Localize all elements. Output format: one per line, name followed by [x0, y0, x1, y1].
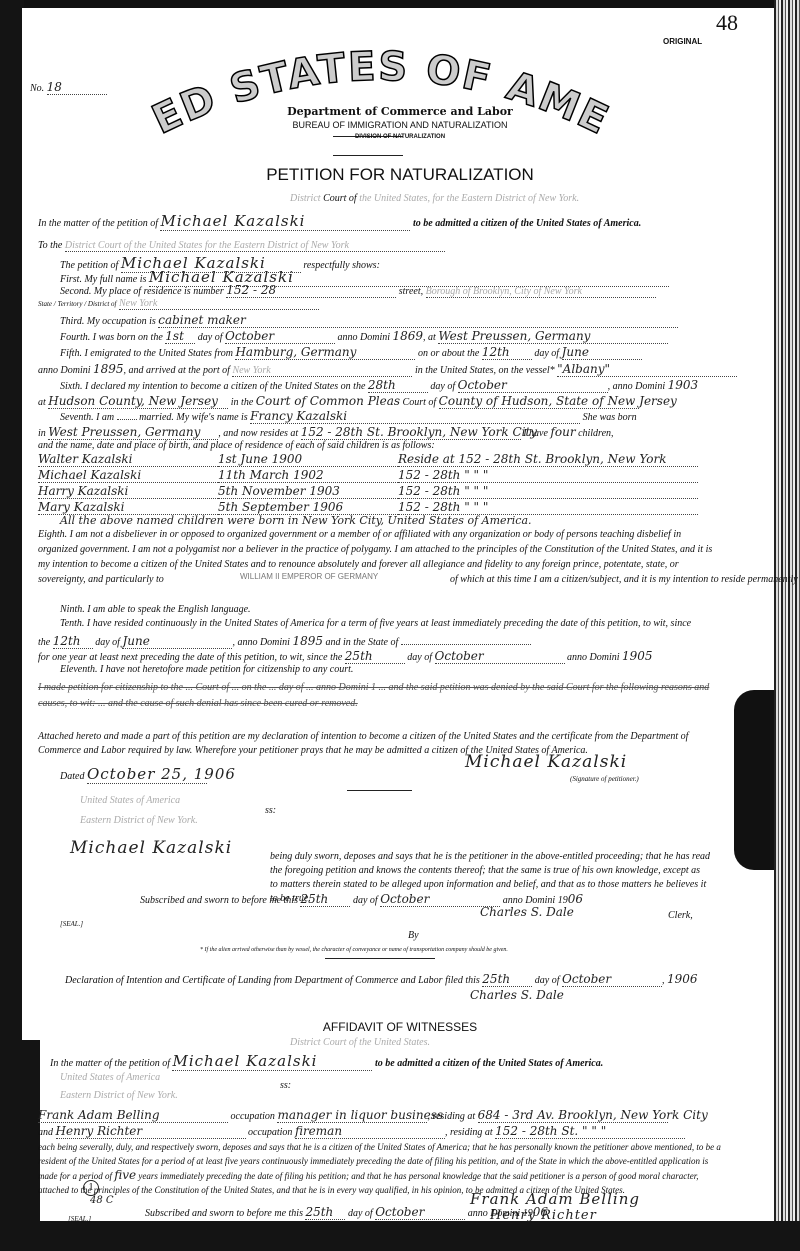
child-residence: 152 - 28th " " ": [398, 468, 698, 483]
form-title: PETITION FOR NATURALIZATION: [0, 165, 800, 185]
deponent-name: Michael Kazalski: [70, 838, 232, 858]
children-note: All the above named children were born i…: [60, 514, 532, 527]
affidavit-title: AFFIDAVIT OF WITNESSES: [0, 1020, 800, 1034]
affidavit-seal: [SEAL.]: [68, 1215, 91, 1223]
tenth-dates: the 12th day of June, anno Domini 1895 a…: [38, 634, 531, 649]
divider: [333, 155, 403, 156]
seventh-line: Seventh. I am married. My wife's name is…: [60, 409, 637, 424]
affidavit-court-line: District Court of the United States.: [290, 1037, 430, 1048]
child-residence: 152 - 28th " " ": [398, 500, 698, 515]
affidavit-venue-2: Eastern District of New York.: [60, 1090, 178, 1101]
matter-line: In the matter of the petition of Michael…: [38, 212, 641, 231]
affidavit-venue-1: United States of America: [60, 1072, 160, 1083]
child-row: Walter Kazalski1st June 1900Reside at 15…: [38, 452, 698, 467]
verification-clerk-signature: Charles S. Dale: [480, 905, 574, 919]
venue-line-1: United States of America: [80, 795, 180, 806]
sixth-court-line: at Hudson County, New Jersey in the Cour…: [38, 394, 639, 409]
original-label: ORIGINAL: [663, 37, 702, 46]
by-label: By: [408, 930, 419, 941]
division-name: DIVISION OF NATURALIZATION: [0, 134, 800, 140]
child-born: 5th September 1906: [218, 500, 398, 515]
page-shadow: [734, 690, 774, 870]
child-residence: Reside at 152 - 28th St. Brooklyn, New Y…: [398, 452, 698, 467]
child-born: 11th March 1902: [218, 468, 398, 483]
state-line: State / Territory / District of New York: [38, 298, 319, 310]
page-number: 48: [716, 10, 738, 36]
divider: [347, 790, 412, 791]
circled-number: 1: [83, 1180, 99, 1196]
declaration-line: Declaration of Intention and Certificate…: [65, 972, 698, 987]
to-the-line: To the District Court of the United Stat…: [38, 240, 445, 252]
bureau-name: BUREAU OF IMMIGRATION AND NATURALIZATION: [0, 120, 800, 130]
sovereign-stamp: WILLIAM II EMPEROR OF GERMANY: [240, 572, 378, 581]
seal-label: [SEAL.]: [60, 920, 83, 928]
affidavit-ss: ss:: [280, 1080, 291, 1091]
fourth-line: Fourth. I was born on the 1st day of Oct…: [60, 329, 668, 344]
vessel-footnote: * If the alien arrived otherwise than by…: [200, 947, 508, 953]
witness-row: Frank Adam Belling occupation manager in…: [38, 1108, 668, 1123]
child-row: Harry Kazalski5th November 1903152 - 28t…: [38, 484, 698, 499]
eleventh-line: Eleventh. I have not heretofore made pet…: [60, 664, 353, 675]
number-label: No. 18: [30, 80, 107, 95]
second-line: Second. My place of residence is number …: [60, 283, 656, 298]
third-line: Third. My occupation is cabinet maker: [60, 313, 678, 328]
signature-caption: (Signature of petitioner.): [570, 775, 639, 783]
declaration-clerk-signature: Charles S. Dale: [470, 988, 564, 1002]
sixth-line: Sixth. I declared my intention to become…: [60, 378, 698, 393]
child-name: Walter Kazalski: [38, 452, 218, 467]
book-page-edges: [774, 0, 800, 1251]
affidavit-sworn-line: Subscribed and sworn to before me this 2…: [145, 1205, 548, 1220]
divider: [325, 958, 435, 959]
affidavit-paragraph: each being severally, duly, and respecti…: [38, 1140, 728, 1197]
eleventh-struck-text: I made petition for citizenship to the .…: [38, 680, 718, 712]
witness-row: and Henry Richter occupation fireman, re…: [38, 1124, 685, 1139]
ninth-line: Ninth. I am able to speak the English la…: [60, 604, 251, 615]
child-name: Harry Kazalski: [38, 484, 218, 499]
child-row: Michael Kazalski11th March 1902152 - 28t…: [38, 468, 698, 483]
child-residence: 152 - 28th " " ": [398, 484, 698, 499]
child-born: 5th November 1903: [218, 484, 398, 499]
book-bottom-edge: [0, 1221, 800, 1251]
department-name: Department of Commerce and Labor: [0, 105, 800, 118]
clerk-label: Clerk,: [668, 910, 693, 921]
book-binding-left: [0, 0, 24, 1251]
tenth-dates-2: for one year at least next preceding the…: [38, 649, 653, 664]
dated-line: Dated October 25, 1906: [60, 765, 207, 784]
child-name: Michael Kazalski: [38, 468, 218, 483]
ss-label: ss:: [265, 805, 276, 816]
child-row: Mary Kazalski5th September 1906152 - 28t…: [38, 500, 698, 515]
petitioner-signature: Michael Kazalski: [465, 752, 627, 772]
venue-line-2: Eastern District of New York.: [80, 815, 198, 826]
child-born: 1st June 1900: [218, 452, 398, 467]
subject-line: of which at this time I am a citizen/sub…: [450, 574, 800, 585]
fifth-line: Fifth. I emigrated to the United States …: [60, 345, 642, 360]
margin-note: 48 C: [90, 1195, 114, 1206]
wife-line: in West Preussen, Germany, and now resid…: [38, 425, 614, 440]
arrival-line: anno Domini 1895, and arrived at the por…: [38, 362, 737, 377]
affidavit-matter-line: In the matter of the petition of Michael…: [50, 1052, 603, 1071]
tenth-line: Tenth. I have resided continuously in th…: [60, 618, 691, 629]
child-name: Mary Kazalski: [38, 500, 218, 515]
court-line: District Court of the United States, for…: [290, 193, 579, 204]
children-intro: and the name, date and place of birth, a…: [38, 440, 435, 451]
